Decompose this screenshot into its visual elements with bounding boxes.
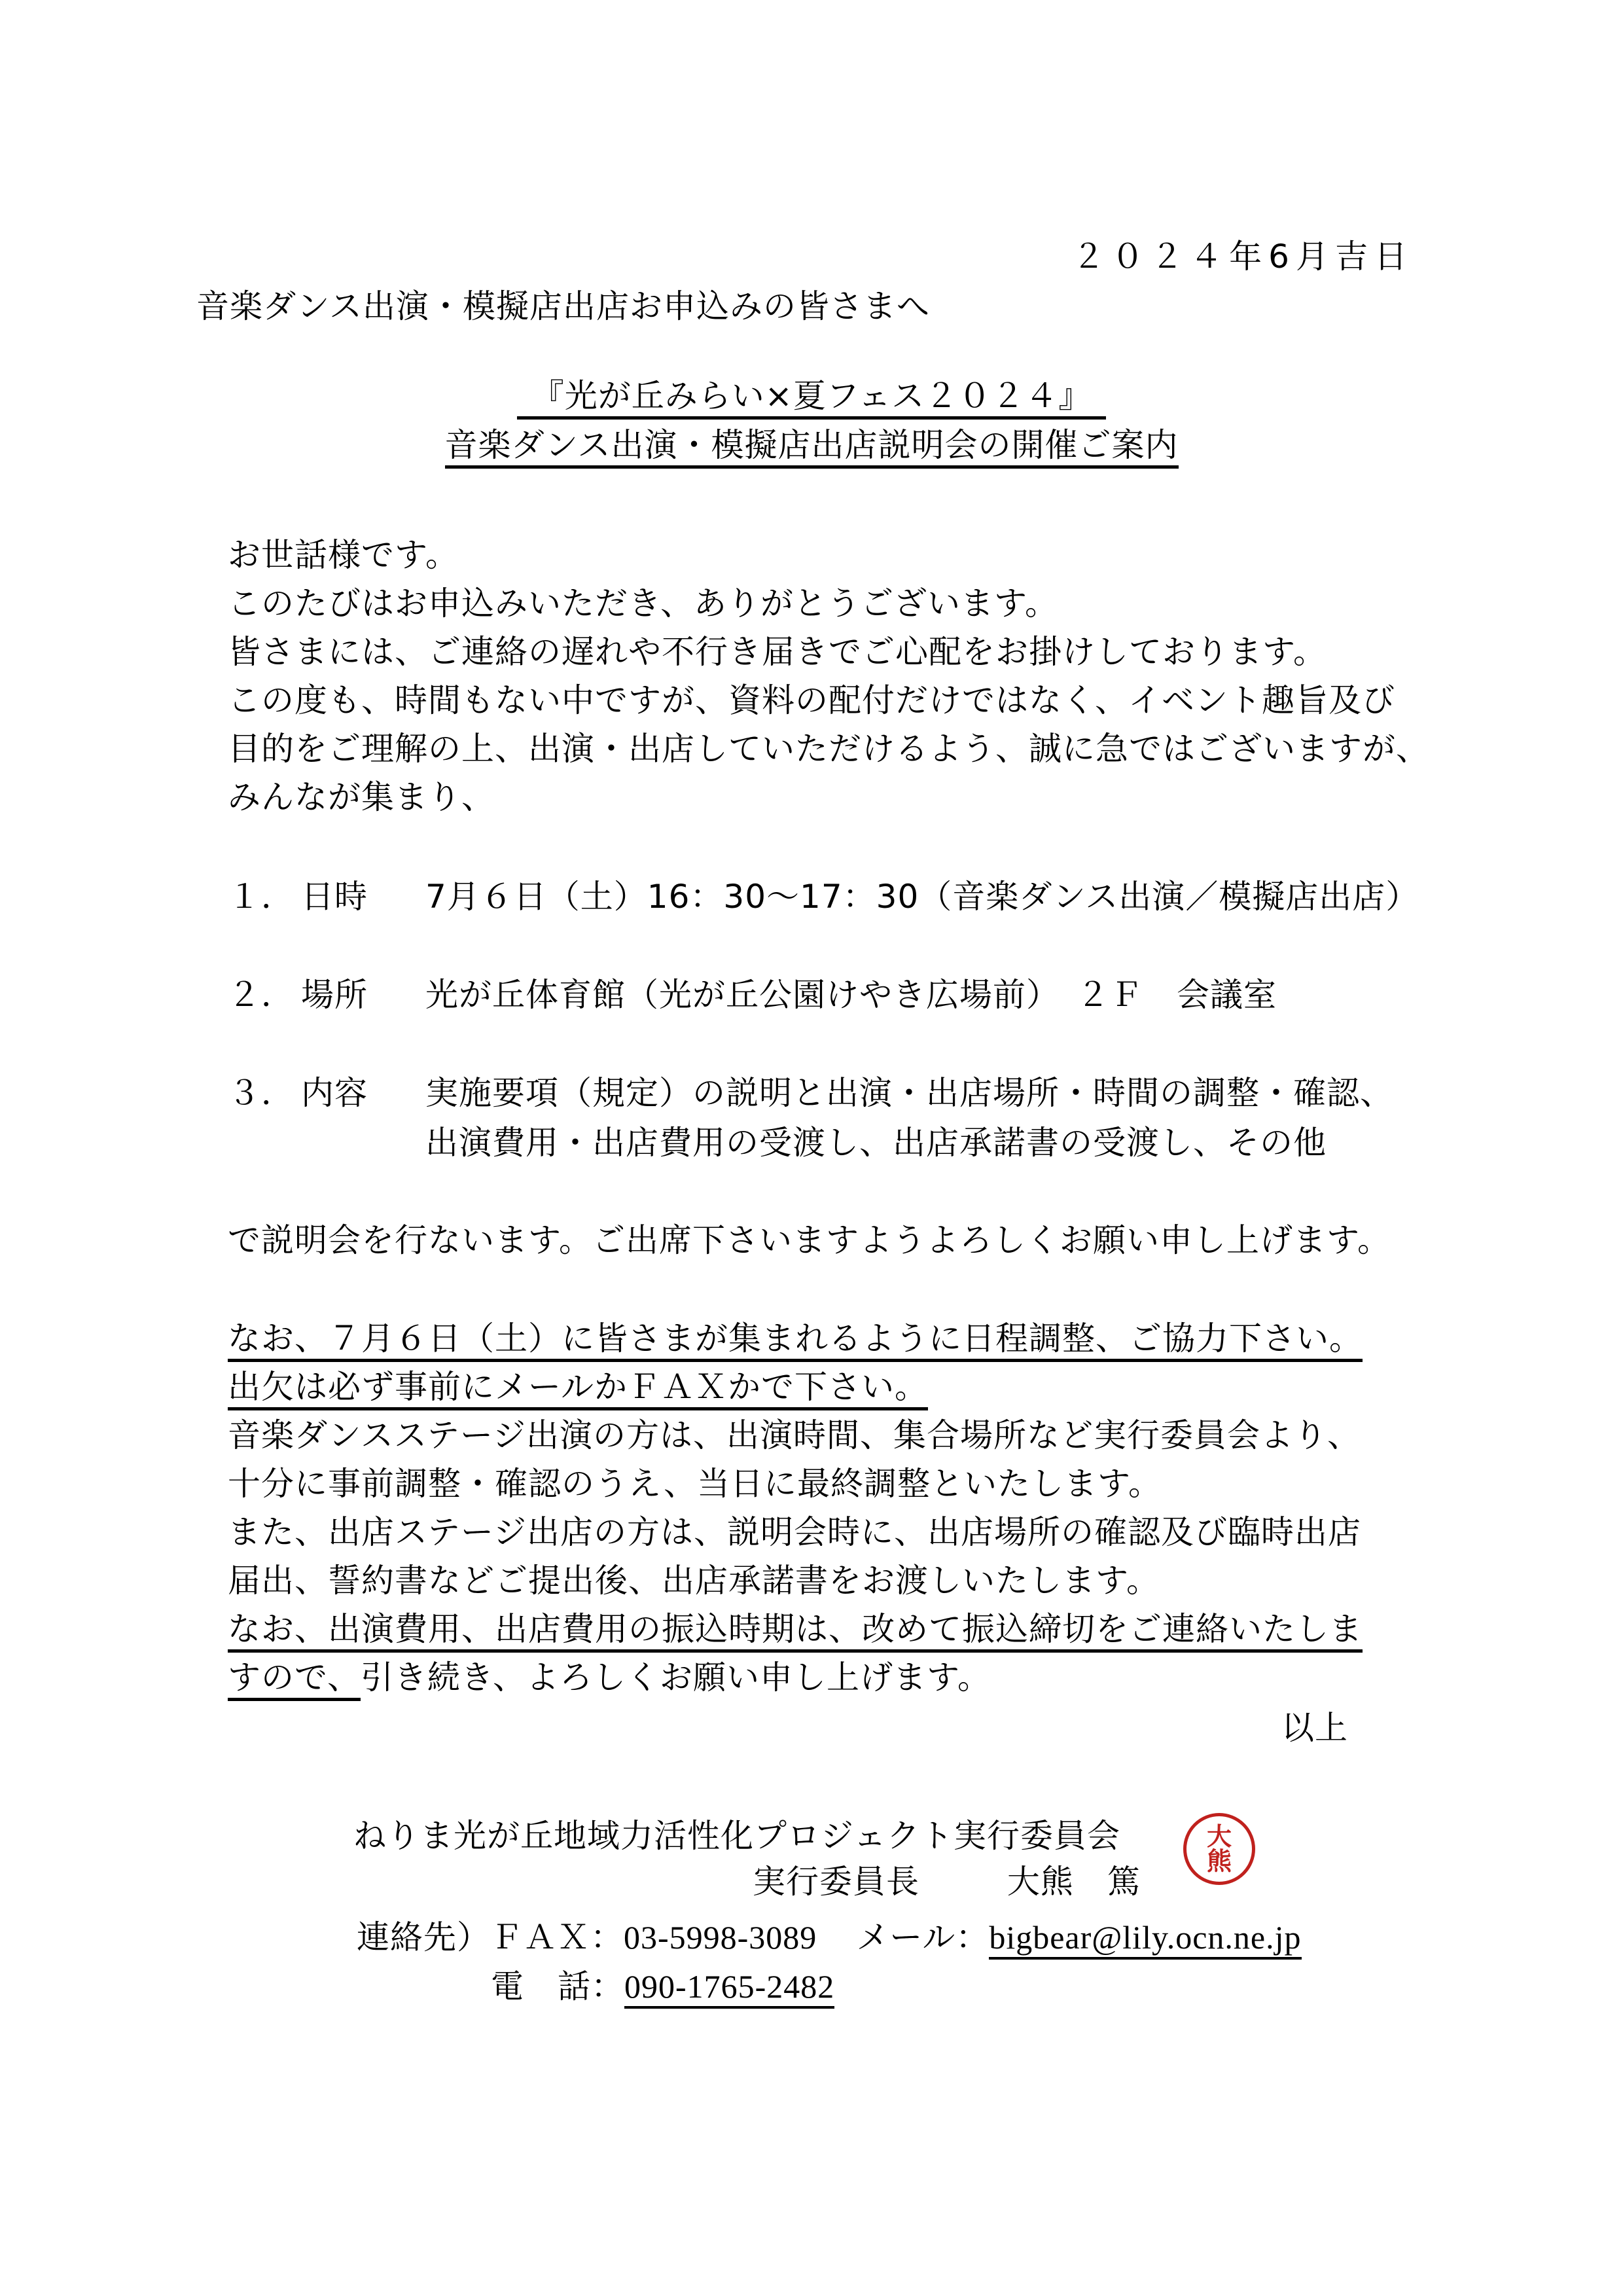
chair-signature: 実行委員長 大熊 篤 bbox=[753, 1862, 1141, 1901]
email-link[interactable]: bigbear@lily.ocn.ne.jp bbox=[989, 1919, 1301, 1960]
chair-name: 大熊 篤 bbox=[1007, 1863, 1141, 1901]
closing-request: 引き続き、よろしくお願い申し上げます。 bbox=[361, 1659, 991, 1696]
item-number: ３． bbox=[228, 1073, 294, 1113]
intro-line: お世話様です。 bbox=[228, 535, 459, 575]
item-label: 日時 bbox=[301, 877, 368, 916]
closing-mark: 以上 bbox=[1281, 1708, 1348, 1748]
fax-number: 03-5998-3089 bbox=[624, 1919, 817, 1956]
note-underlined: なお、７月６日（土）に皆さまが集まれるように日程調整、ご協力下さい。 bbox=[228, 1319, 1363, 1358]
note-underlined: 出欠は必ず事前にメールかＦＡＸかで下さい。 bbox=[228, 1367, 928, 1407]
intro-line: このたびはお申込みいただき、ありがとうございます。 bbox=[228, 584, 1058, 623]
phone-number[interactable]: 090-1765-2482 bbox=[624, 1968, 834, 2009]
payment-note: なお、出演費用、出店費用の振込時期は、改めて振込締切をご連絡いたしま bbox=[228, 1610, 1363, 1653]
note-line: 音楽ダンスステージ出演の方は、出演時間、集合場所など実行委員会より、 bbox=[228, 1416, 1361, 1455]
intro-line: みんなが集まり、 bbox=[228, 778, 495, 817]
email-label: メール： bbox=[856, 1918, 989, 1956]
title-line-1: 『光が丘みらい×夏フェス２０２４』 bbox=[0, 376, 1623, 416]
document-page: ２０２４年6月吉日 音楽ダンス出演・模擬店出店お申込みの皆さまへ 『光が丘みらい… bbox=[0, 0, 1623, 2296]
seal-stamp-icon: 大 熊 bbox=[1183, 1813, 1255, 1885]
item-number: ２． bbox=[228, 975, 294, 1014]
item-label: 場所 bbox=[301, 975, 368, 1014]
document-date: ２０２４年6月吉日 bbox=[1072, 237, 1414, 276]
item-value: 光が丘体育館（光が丘公園けやき広場前） ２Ｆ 会議室 bbox=[425, 975, 1277, 1014]
event-title: 『光が丘みらい×夏フェス２０２４』 bbox=[517, 377, 1106, 420]
intro-line: この度も、時間もない中ですが、資料の配付だけではなく、イベント趣旨及び bbox=[228, 681, 1395, 720]
item-number: １． bbox=[228, 877, 294, 916]
chair-title: 実行委員長 bbox=[753, 1863, 919, 1901]
intro-line: 目的をご理解の上、出演・出店していただけるよう、誠に急ではございますが、 bbox=[228, 729, 1429, 768]
note-line: 十分に事前調整・確認のうえ、当日に最終調整といたします。 bbox=[228, 1464, 1162, 1503]
contact-line-phone: 電 話：090-1765-2482 bbox=[491, 1967, 834, 2006]
attendance-request: 出欠は必ず事前にメールかＦＡＸかで下さい。 bbox=[228, 1368, 928, 1410]
organization-name: ねりま光が丘地域力活性化プロジェクト実行委員会 bbox=[353, 1816, 1120, 1856]
contact-prefix: 連絡先） bbox=[357, 1918, 490, 1956]
note-line: また、出店ステージ出店の方は、説明会時に、出店場所の確認及び臨時出店 bbox=[228, 1513, 1361, 1552]
fax-label: ＦＡＸ： bbox=[490, 1918, 624, 1956]
intro-line: 皆さまには、ご連絡の遅れや不行き届きでご心配をお掛けしております。 bbox=[228, 632, 1327, 672]
meeting-title: 音楽ダンス出演・模擬店出店説明会の開催ご案内 bbox=[445, 426, 1179, 469]
item-value: 7月６日（土）16：30〜17：30（音楽ダンス出演／模擬店出店） bbox=[425, 877, 1419, 916]
note-last-line: すので、引き続き、よろしくお願い申し上げます。 bbox=[228, 1658, 991, 1697]
addressee: 音楽ダンス出演・模擬店出店お申込みの皆さまへ bbox=[196, 287, 930, 326]
note-line: 届出、誓約書などご提出後、出店承諾書をお渡しいたします。 bbox=[228, 1561, 1160, 1600]
conclusion: で説明会を行ないます。ご出席下さいますようよろしくお願い申し上げます。 bbox=[228, 1221, 1391, 1260]
item-label: 内容 bbox=[301, 1073, 368, 1113]
note-underlined: なお、出演費用、出店費用の振込時期は、改めて振込締切をご連絡いたしま bbox=[228, 1609, 1363, 1649]
seal-char: 熊 bbox=[1207, 1849, 1232, 1874]
title-line-2: 音楽ダンス出演・模擬店出店説明会の開催ご案内 bbox=[0, 425, 1623, 465]
contact-line-fax-email: 連絡先）ＦＡＸ：03-5998-3089メール：bigbear@lily.ocn… bbox=[357, 1918, 1302, 1957]
phone-label: 電 話： bbox=[491, 1967, 624, 2005]
item-value: 出演費用・出店費用の受渡し、出店承諾書の受渡し、その他 bbox=[425, 1123, 1327, 1162]
seal-char: 大 bbox=[1207, 1824, 1232, 1849]
item-value: 実施要項（規定）の説明と出演・出店場所・時間の調整・確認、 bbox=[425, 1073, 1393, 1113]
payment-note-end: すので、 bbox=[228, 1659, 361, 1701]
schedule-request: なお、７月６日（土）に皆さまが集まれるように日程調整、ご協力下さい。 bbox=[228, 1319, 1363, 1362]
